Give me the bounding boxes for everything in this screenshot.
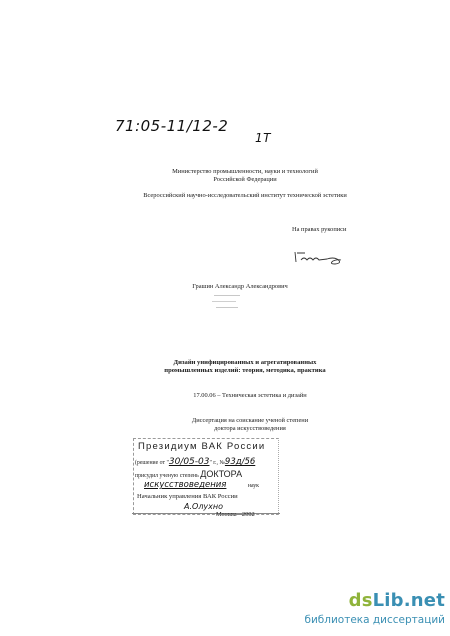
dslib-logo[interactable]: dsLib.net — [0, 590, 445, 611]
decision-mid: " г., № — [209, 460, 224, 466]
dissertation-title-line-2: промышленных изделий: теория, методика, … — [130, 367, 360, 375]
stamp-chief-signature: А.Олухно — [184, 502, 223, 511]
awarded-degree: ДОКТОРА — [200, 469, 242, 479]
dissertation-type-line-1: Диссертация на соискание ученой степени — [170, 417, 330, 425]
decision-number: 93д/56 — [225, 457, 255, 467]
specialty-code: 17.00.06 – Техническая эстетика и дизайн — [170, 392, 330, 400]
decision-prefix: (решение от " — [135, 460, 169, 466]
faint-stamp — [208, 294, 256, 314]
dissertation-type-line-2: доктора искусствоведения — [170, 425, 330, 433]
decision-date: 30/05-03 — [169, 457, 210, 467]
author-name: Грашин Александр Александрович — [170, 283, 310, 291]
awarded-prefix: присудил ученую степень — [135, 473, 199, 479]
logo-lib: Lib.net — [373, 590, 445, 611]
handwritten-suffix: 1Т — [255, 131, 271, 145]
archive-suffix: 1Т — [255, 131, 271, 145]
field-handwritten: искусствоведения — [144, 480, 226, 490]
stamp-awarded-line: присудил ученую степень ДОКТОРА — [135, 469, 242, 479]
stamp-bottom-rule — [132, 513, 280, 514]
city-year: Москва - 2002 — [216, 511, 255, 519]
stamp-chief-line: Начальник управления ВАК России — [137, 493, 238, 500]
dslib-subtitle: библиотека диссертаций — [0, 614, 445, 626]
ministry-line-1: Министерство промышленности, науки и тех… — [140, 168, 350, 176]
logo-ds: ds — [349, 590, 373, 611]
archive-code: 71:05-11/12-2 — [115, 117, 228, 135]
signature-icon — [293, 249, 347, 265]
chief-label: Начальник управления ВАК России — [137, 493, 238, 500]
vak-stamp-title: Президиум ВАК России — [138, 441, 265, 452]
handwritten-archive-code: 71:05-11/12-2 — [115, 117, 228, 135]
rights-label: На правах рукописи — [292, 226, 346, 234]
field-suffix: наук — [248, 483, 259, 489]
ministry-line-2: Российской Федерации — [140, 176, 350, 184]
stamp-field-line: искусствоведения наук — [144, 480, 259, 490]
dissertation-title-line-1: Дизайн унифицированных и агрегатированны… — [130, 359, 360, 367]
stamp-decision-line: (решение от "30/05-03" г., №93д/56 — [135, 457, 255, 467]
institute-name: Всероссийский научно-исследовательский и… — [110, 192, 380, 200]
